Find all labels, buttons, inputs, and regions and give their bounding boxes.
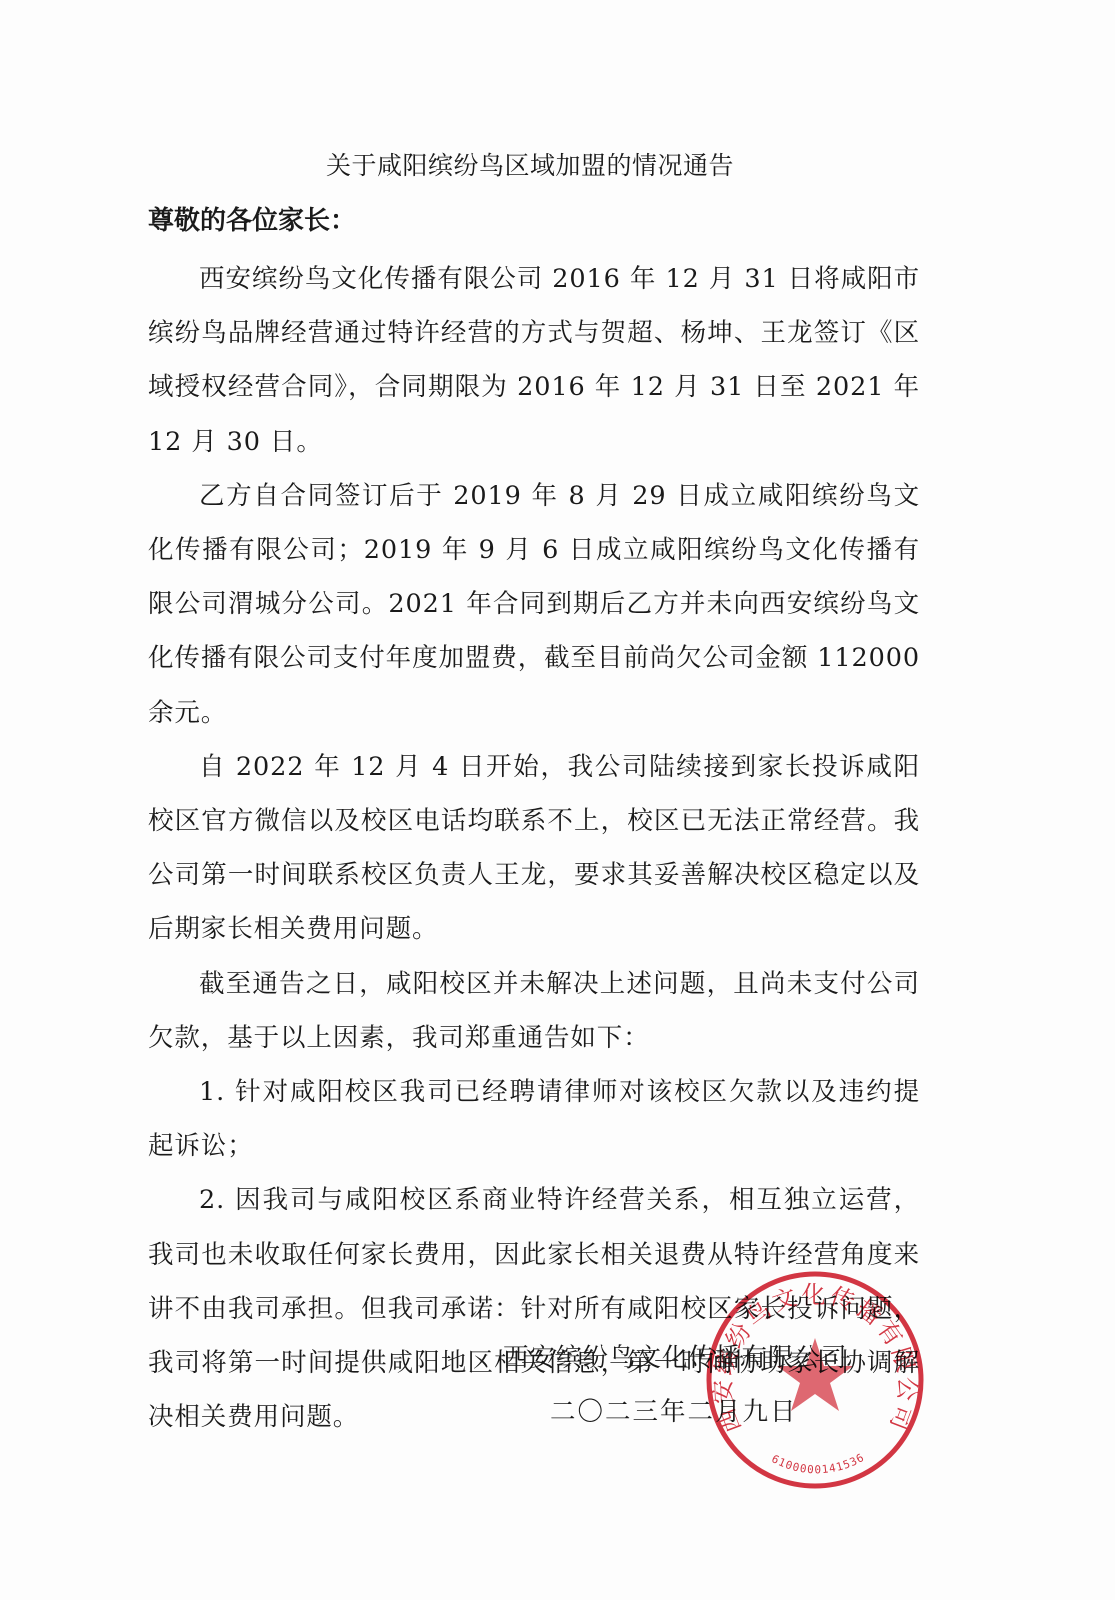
paragraph-complaints: 自 2022 年 12 月 4 日开始，我公司陆续接到家长投诉咸阳校区官方微信以…: [148, 740, 920, 957]
paragraph-item-2: 2. 因我司与咸阳校区系商业特许经营关系，相互独立运营，我司也未收取任何家长费用…: [148, 1173, 920, 1444]
salutation: 尊敬的各位家长：: [148, 200, 356, 237]
document-page: 关于咸阳缤纷鸟区域加盟的情况通告 尊敬的各位家长： 西安缤纷鸟文化传播有限公司 …: [0, 0, 1115, 1600]
paragraph-contract: 西安缤纷鸟文化传播有限公司 2016 年 12 月 31 日将咸阳市缤纷鸟品牌经…: [148, 252, 920, 469]
document-body: 西安缤纷鸟文化传播有限公司 2016 年 12 月 31 日将咸阳市缤纷鸟品牌经…: [148, 252, 920, 1444]
signature-date: 二〇二三年二月九日: [550, 1392, 798, 1428]
paragraph-notice-intro: 截至通告之日，咸阳校区并未解决上述问题，且尚未支付公司欠款，基于以上因素，我司郑…: [148, 957, 920, 1065]
document-title: 关于咸阳缤纷鸟区域加盟的情况通告: [0, 146, 1060, 182]
paragraph-debt: 乙方自合同签订后于 2019 年 8 月 29 日成立咸阳缤纷鸟文化传播有限公司…: [148, 469, 920, 740]
svg-text:6100000141536: 6100000141536: [769, 1451, 866, 1477]
signature-company: 西安缤纷鸟文化传播有限公司: [503, 1338, 848, 1374]
paragraph-item-1: 1. 针对咸阳校区我司已经聘请律师对该校区欠款以及违约提起诉讼；: [148, 1065, 920, 1173]
